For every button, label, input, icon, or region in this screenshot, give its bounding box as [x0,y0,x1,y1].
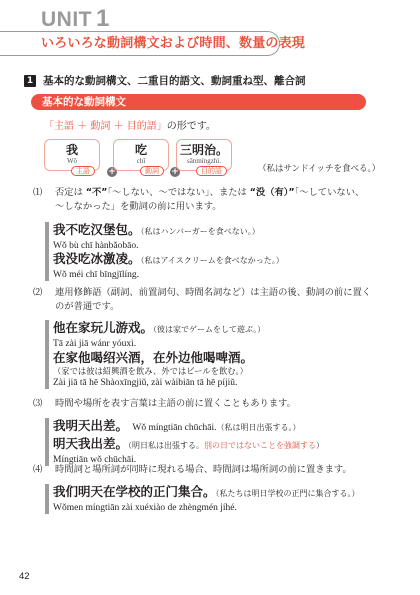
point-number: ⑴ [33,186,42,200]
point-1: ⑴ 否定は “不”「～しない、～ではない」、または “没（有）”「～していない、… [33,186,373,214]
text-part: 「～しない、～ではない」、または [107,187,249,198]
example-1-2: 我没吃冰激凌。（私はアイスクリームを食べなかった。） Wǒ méi chī bī… [45,251,284,281]
chinese-text: 我没吃冰激凌。 [53,251,141,266]
chinese-text: 他在家玩儿游戏。 [53,320,153,335]
example-3: 我明天出差。 Wǒ míngtiān chūchāi.（私は明日出張する。） 明… [45,418,324,466]
section-number-badge: 1 [24,75,36,87]
japanese-translation: （私はアイスクリームを食べなかった。） [141,256,284,265]
chinese-text: 我不吃汉堡包。 [53,222,141,237]
closing-paren: ） [316,441,324,450]
example-4: 我们明天在学校的正门集合。（私たちは明日学校の正門に集合する。） Wǒmen m… [45,484,360,514]
example-pinyin: Wǒmen míngtiān zài xuéxiào de zhèngmén j… [53,502,360,514]
word-hanzi: 三明治。 [177,143,231,157]
japanese-translation: （彼は家でゲームをして遊ぶ。） [153,325,265,334]
example-chinese: 我没吃冰激凌。（私はアイスクリームを食べなかった。） [53,251,284,269]
unit-label: UNIT1 [41,8,110,31]
point-2: ⑵ 連用修飾語（副詞、前置詞句、時間名詞など）は主語の後、動詞の前に置くのが普通… [33,286,373,314]
word-box-verb: 吃 chī 動詞 [113,139,169,171]
word-role-tag: 主語 [71,166,95,176]
unit-label-text: UNIT [41,8,92,31]
keyword-meiyou: “没（有）” [250,187,295,198]
japanese-translation: （明日私は出張する。 [128,441,204,450]
word-box-subject: 我 Wǒ 主語 [44,139,100,171]
point-number: ⑵ [33,286,42,300]
inline-pinyin: Wǒ míngtiān chūchāi. [132,423,216,433]
example-chinese-2: 明天我出差。（明日私は出張する。別の日ではないことを強調する） [53,436,324,454]
word-pinyin: sānmíngzhì. [177,157,231,166]
example-2-1: 他在家玩儿游戏。（彼は家でゲームをして遊ぶ。） Tā zài jiā wánr … [45,320,265,350]
point-text: 時間詞と場所詞が同時に現れる場合、時間詞は場所詞の前に置きます。 [55,463,373,477]
example-chinese: 在家他喝绍兴酒，在外边他喝啤酒。 [53,350,253,366]
example-pinyin: Wǒ méi chī bīngjīlíng. [53,269,284,281]
emphasis-note: 別の日ではないことを強調する [204,441,316,450]
section-heading: 1 基本的な動詞構文、二重目的語文、動詞重ね型、離合詞 [24,73,306,88]
section-title: 基本的な動詞構文、二重目的語文、動詞重ね型、離合詞 [43,73,306,88]
japanese-translation: （私は明日出張する。） [217,423,301,432]
point-text: 連用修飾語（副詞、前置詞句、時間名詞など）は主語の後、動詞の前に置くのが普通です… [55,286,373,314]
example-chinese: 我不吃汉堡包。（私はハンバーガーを食べない。） [53,222,260,240]
point-text: 時間や場所を表す言葉は主語の前に置くこともあります。 [55,397,373,411]
word-box-object: 三明治。 sānmíngzhì. 目的語 [176,139,232,171]
point-number: ⑶ [33,397,42,411]
pattern-suffix: の形です。 [167,121,216,132]
example-chinese: 他在家玩儿游戏。（彼は家でゲームをして遊ぶ。） [53,320,265,338]
example-pinyin: Tā zài jiā wánr yóuxì. [53,338,265,350]
keyword-bu: “不” [86,187,108,198]
example-1-1: 我不吃汉堡包。（私はハンバーガーを食べない。） Wǒ bù chī hànbǎo… [45,222,260,252]
chinese-text: 我明天出差。 [53,418,128,433]
japanese-translation: （家では彼は紹興酒を飲み、外ではビールを飲む。） [53,366,253,377]
word-role-tag: 動詞 [140,166,164,176]
page-number: 42 [19,571,30,582]
point-4: ⑷ 時間詞と場所詞が同時に現れる場合、時間詞は場所詞の前に置きます。 [33,463,373,477]
pattern-description: 「主語 ＋ 動詞 ＋ 目的語」の形です。 [44,121,216,133]
word-pinyin: Wǒ [45,157,99,166]
point-number: ⑷ [33,463,42,477]
japanese-translation: （私はハンバーガーを食べない。） [141,227,260,236]
unit-number: 1 [96,5,110,32]
chinese-text: 明天我出差。 [53,436,128,451]
word-hanzi: 我 [45,143,99,157]
text-part: 否定は [55,187,86,198]
point-text: 否定は “不”「～しない、～ではない」、または “没（有）”「～していない、～し… [55,186,373,214]
point-3: ⑶ 時間や場所を表す言葉は主語の前に置くこともあります。 [33,397,373,411]
word-role-tag: 目的語 [196,166,227,176]
japanese-translation: （私たちは明日学校の正門に集合する。） [216,489,360,498]
example-chinese-1: 我明天出差。 Wǒ míngtiān chūchāi.（私は明日出張する。） [53,418,324,436]
example-pinyin: Zài jiā tā hē Shàoxīngjiǔ, zài wàibiān t… [53,377,253,389]
pattern-translation: （私はサンドイッチを食べる。） [258,164,380,174]
example-chinese: 我们明天在学校的正门集合。（私たちは明日学校の正門に集合する。） [53,484,360,502]
word-hanzi: 吃 [114,143,168,157]
chinese-text: 我们明天在学校的正门集合。 [53,484,216,499]
unit-title: いろいろな動詞構文および時間、数量の表現 [41,36,305,51]
example-2-2: 在家他喝绍兴酒，在外边他喝啤酒。 （家では彼は紹興酒を飲み、外ではビールを飲む。… [45,350,253,389]
pattern-formula: 「主語 ＋ 動詞 ＋ 目的語」 [44,121,167,132]
word-pinyin: chī [114,157,168,166]
subsection-label: 基本的な動詞構文 [42,96,126,109]
